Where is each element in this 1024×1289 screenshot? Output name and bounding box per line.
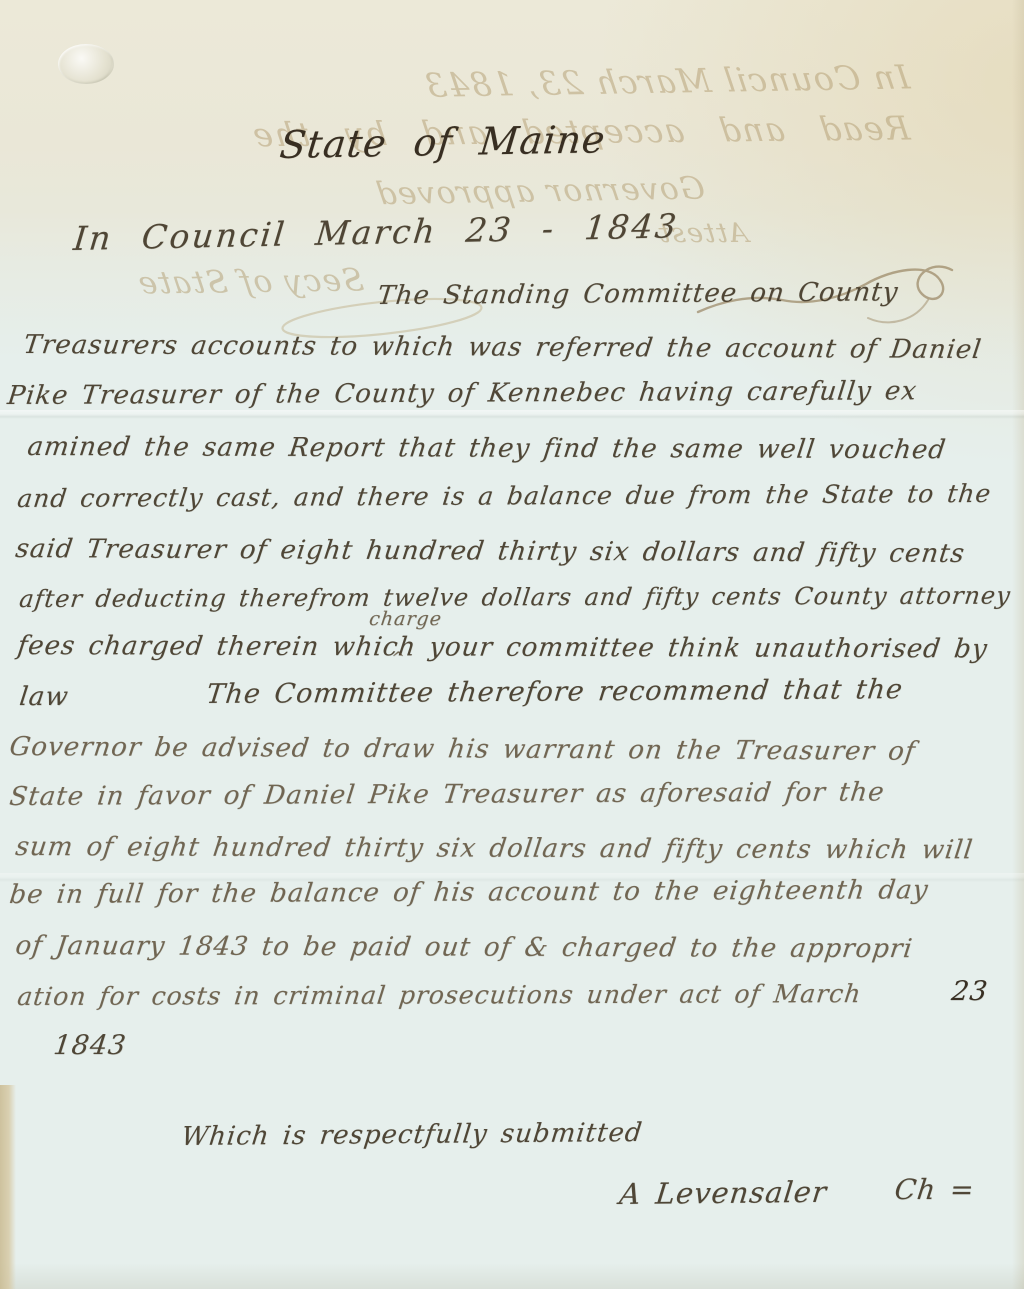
manuscript-line-16: 1843 [52,1032,128,1059]
manuscript-line-1: The Standing Committee on County [376,279,900,309]
manuscript-line-14: of January 1843 to be paid out of & char… [14,933,914,962]
page-edge-bottom [0,1263,1024,1289]
manuscript-added-number: 23 [950,978,990,1005]
bleedthrough-docket-secretary: Secy of State [0,265,366,301]
page-edge-left-deckle [0,1085,16,1289]
manuscript-page: In Council March 23, 1843 Read and accep… [0,0,1024,1289]
signature-title: Ch = [893,1176,976,1204]
manuscript-line-9a: law [18,684,70,710]
closing-line: Which is respectfully submitted [180,1120,644,1150]
fold-crease-upper [0,410,1024,419]
manuscript-line-5: and correctly cast, and there is a balan… [16,481,993,511]
page-edge-right [1012,0,1024,1289]
manuscript-line-8: fees charged therein which your committe… [16,633,989,662]
manuscript-line-2: Treasurers accounts to which was referre… [22,332,983,363]
manuscript-line-7: after deducting therefrom twelve dollars… [18,584,1012,611]
manuscript-line-6: said Treasurer of eight hundred thirty s… [14,536,967,567]
insertion-caret: ^ [390,650,406,666]
embossed-seal [58,44,114,84]
manuscript-line-11: State in favor of Daniel Pike Treasurer … [8,779,886,810]
manuscript-line-3: Pike Treasurer of the County of Kennebec… [6,378,919,409]
manuscript-line-13: be in full for the balance of his accoun… [8,877,930,908]
bleedthrough-docket-approved: Governor approved [413,173,707,209]
manuscript-line-15: ation for costs in criminal prosecutions… [16,981,863,1009]
manuscript-line-4: amined the same Report that they find th… [26,434,948,463]
signature-name: A Levensaler [618,1178,829,1209]
manuscript-line-10: Governor be advised to draw his warrant … [8,734,917,765]
document-heading: State of Maine [278,120,607,164]
manuscript-line-9b: The Committee therefore recommend that t… [205,676,905,708]
dateline: In Council March 23 - 1843 [72,209,680,255]
bleedthrough-docket-dateline: In Council March 23, 1843 [263,60,911,104]
manuscript-line-12: sum of eight hundred thirty six dollars … [14,834,975,863]
interlinear-insertion: charge [368,610,443,629]
